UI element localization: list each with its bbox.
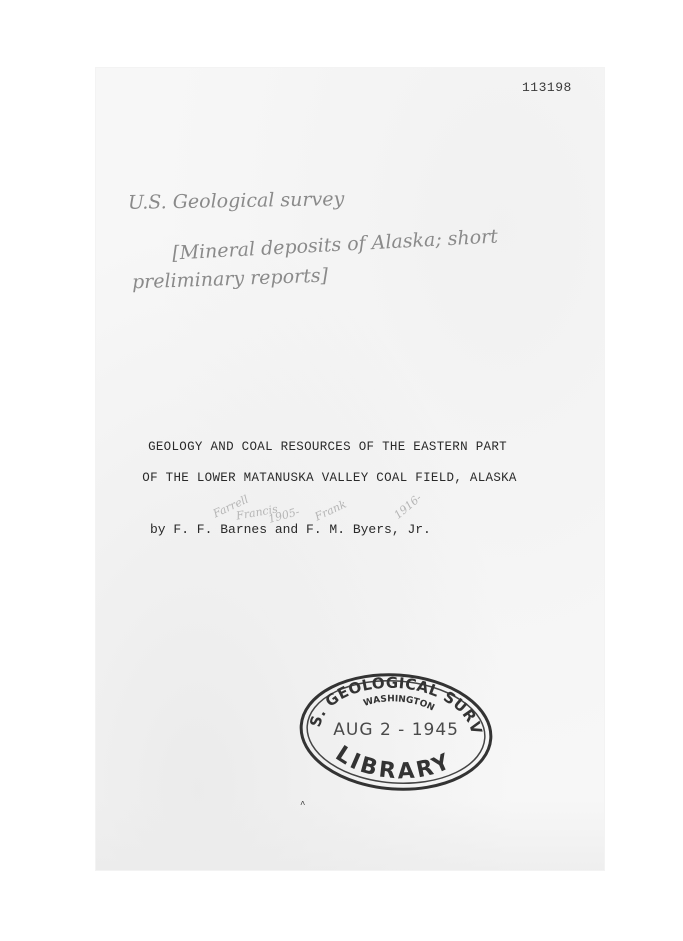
author-byline: by F. F. Barnes and F. M. Byers, Jr.	[150, 522, 431, 537]
handwritten-note-line1: U.S. Geological survey	[128, 188, 345, 214]
document-title-line1: GEOLOGY AND COAL RESOURCES OF THE EASTER…	[0, 440, 669, 454]
svg-text:LIBRARY: LIBRARY	[330, 741, 458, 789]
page-shadow	[96, 800, 604, 870]
library-stamp: U.S. GEOLOGICAL SURVEY WASHINGTON LIBRAR…	[294, 665, 498, 798]
accession-number: 113198	[522, 80, 572, 95]
stamp-bottom-text: LIBRARY	[330, 741, 458, 789]
document-title-line2: OF THE LOWER MATANUSKA VALLEY COAL FIELD…	[0, 471, 671, 485]
stamp-date: AUG 2 - 1945	[298, 720, 494, 740]
caret-mark-icon: ^	[300, 800, 305, 810]
